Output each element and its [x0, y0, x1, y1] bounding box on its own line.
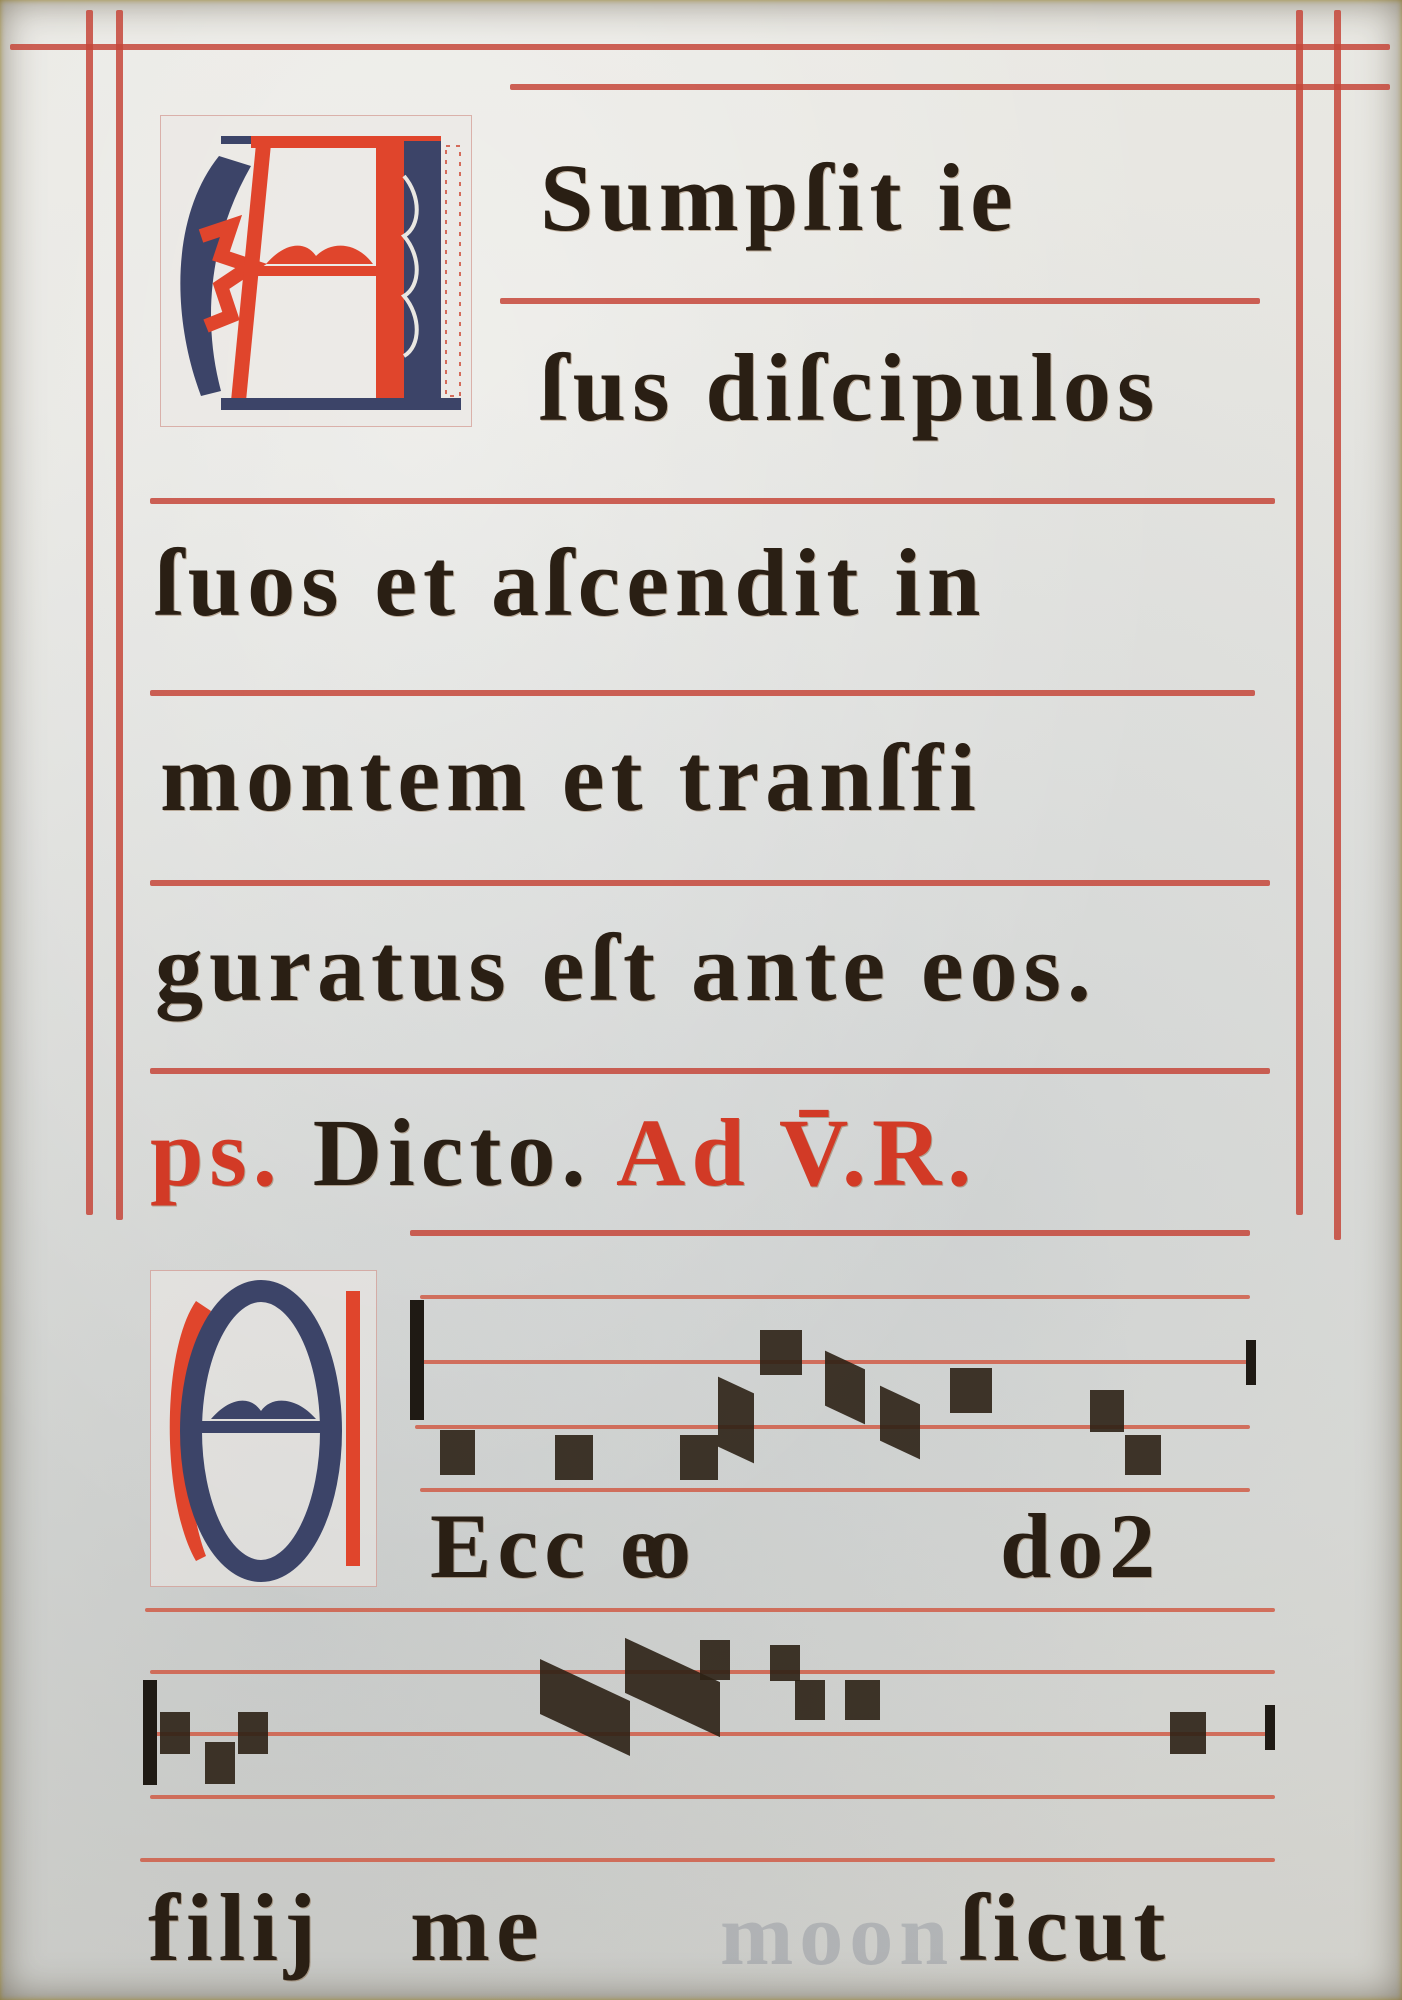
- line-ruling-4: [150, 880, 1270, 886]
- staff-1-line-1: [420, 1295, 1250, 1299]
- faded-showthrough-text: moon: [720, 1885, 954, 1986]
- text-line-3: ſuos et aſcendit in: [155, 535, 986, 631]
- rubric-ps: ps.: [150, 1099, 283, 1206]
- neume-note: [440, 1430, 475, 1475]
- letter-a-icon: [161, 116, 471, 426]
- text-line-4: montem et tranſfi: [160, 730, 982, 826]
- top-ruling-2: [510, 84, 1390, 90]
- neume-note: [555, 1435, 593, 1480]
- right-ruling-outer: [1334, 10, 1341, 1240]
- staff-1-line-4: [420, 1488, 1250, 1492]
- letter-e-icon: [151, 1271, 376, 1586]
- neume-note: [795, 1680, 825, 1720]
- custos-icon: [1246, 1340, 1256, 1385]
- staff-1-line-3: [415, 1425, 1250, 1429]
- c-clef-icon: [410, 1300, 424, 1420]
- lyric-ecce: Ecc e: [430, 1500, 667, 1592]
- lyric-sicut: ſicut: [960, 1880, 1171, 1976]
- neume-note: [205, 1742, 235, 1784]
- neume-ligature: [880, 1386, 920, 1460]
- custos-icon: [1265, 1705, 1275, 1750]
- text-line-1: Sumpſit ie: [540, 150, 1019, 246]
- text-line-2: ſus diſcipulos: [540, 340, 1160, 436]
- line-ruling-2: [150, 498, 1275, 504]
- rubric-line: ps. Dicto. Ad V̄.R.: [150, 1105, 977, 1201]
- line-ruling-5: [150, 1068, 1270, 1074]
- lyric-filij: filij: [148, 1880, 322, 1976]
- neume-note: [1170, 1712, 1206, 1754]
- staff-2-line-4: [150, 1795, 1275, 1799]
- line-ruling-3: [150, 690, 1255, 696]
- rubric-vr: V̄.R.: [779, 1099, 977, 1206]
- neume-note: [950, 1368, 992, 1413]
- rubric-ad: Ad: [616, 1099, 751, 1206]
- text-line-5: guratus eſt ante eos.: [155, 920, 1097, 1016]
- right-ruling-inner: [1296, 10, 1303, 1215]
- neume-ligature: [718, 1377, 754, 1464]
- neume-note: [1090, 1390, 1124, 1432]
- line-ruling-1: [500, 298, 1260, 304]
- left-ruling-inner: [116, 10, 123, 1220]
- illuminated-initial-e: [150, 1270, 377, 1587]
- lyric-o: o: [645, 1500, 697, 1592]
- left-ruling-outer: [86, 10, 93, 1215]
- lyric-dor: do2: [1000, 1500, 1161, 1592]
- neume-note: [160, 1712, 190, 1754]
- neume-note: [1125, 1435, 1161, 1475]
- top-ruling-1: [10, 44, 1390, 50]
- manuscript-page: Sumpſit ie ſus diſcipulos ſuos et aſcend…: [0, 0, 1402, 2000]
- illuminated-initial-a: [160, 115, 472, 427]
- line-ruling-6: [410, 1230, 1250, 1236]
- neume-note: [760, 1330, 802, 1375]
- staff-2-line-1: [145, 1608, 1275, 1612]
- staff-2-line-5: [140, 1858, 1275, 1862]
- neume-note: [845, 1680, 880, 1720]
- rubric-dicto: Dicto.: [313, 1099, 592, 1206]
- neume-note: [238, 1712, 268, 1754]
- c-clef-icon: [143, 1680, 157, 1785]
- lyric-me: me: [410, 1880, 545, 1976]
- neume-note: [770, 1645, 800, 1681]
- neume-note: [700, 1640, 730, 1680]
- neume-note: [680, 1435, 718, 1480]
